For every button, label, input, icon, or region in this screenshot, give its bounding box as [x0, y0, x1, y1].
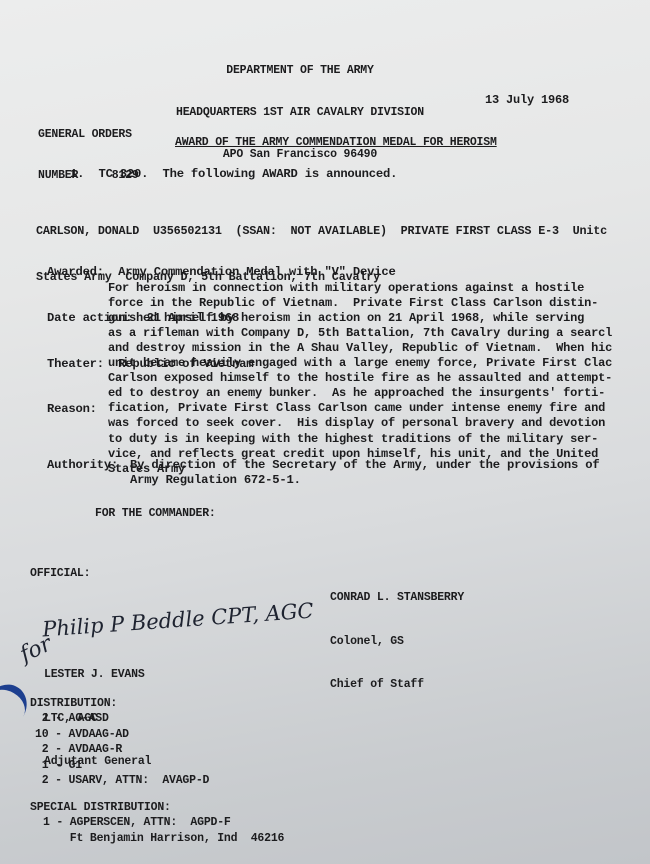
distribution-item: 10 - AVDAAG-AD [35, 727, 209, 743]
commander-name: CONRAD L. STANSBERRY [330, 591, 464, 606]
reason-line: as a rifleman with Company D, 5th Battal… [108, 326, 612, 341]
special-distribution-label: SPECIAL DISTRIBUTION: [30, 800, 171, 815]
awarded-label: Awarded: [47, 265, 104, 279]
reason-line: to duty is in keeping with the highest t… [108, 432, 612, 447]
distribution-item: 2 - AG-ASD [35, 711, 209, 727]
handwritten-signature: Philip P Beddle CPT, AGC [41, 599, 314, 642]
special-distribution-item: 1 - AGPERSCEN, ATTN: AGPD-F [43, 815, 284, 831]
commander-position: Chief of Staff [330, 678, 464, 693]
reason-line: guished himself by heroism in action on … [108, 311, 612, 326]
authority-line: Army Regulation 672-5-1. [130, 473, 600, 488]
paragraph-1: 1. TC 320. The following AWARD is announ… [70, 167, 397, 182]
reason-line: fication, Private First Class Carlson ca… [108, 401, 612, 416]
authority-line: By direction of the Secretary of the Arm… [130, 458, 600, 473]
reason-line: ed to destroy an enemy bunker. As he app… [108, 386, 612, 401]
awarded-row: Awarded: Army Commendation Medal with "V… [47, 265, 396, 280]
reason-line: was forced to seek cover. His display of… [108, 416, 612, 431]
document-page: DEPARTMENT OF THE ARMY HEADQUARTERS 1ST … [0, 0, 650, 864]
distribution-list: 2 - AG-ASD10 - AVDAAG-AD 2 - AVDAAG-R 1 … [35, 711, 209, 789]
reason-line: For heroism in connection with military … [108, 281, 612, 296]
order-date: 13 July 1968 [485, 93, 569, 108]
authority-label: Authority: [47, 458, 118, 473]
for-the-commander: FOR THE COMMANDER: [95, 506, 216, 521]
special-distribution-list: 1 - AGPERSCEN, ATTN: AGPD-F Ft Benjamin … [43, 815, 284, 847]
reason-text: For heroism in connection with military … [108, 281, 612, 477]
reason-line: unit became heavily engaged with a large… [108, 356, 612, 371]
letterhead-department: DEPARTMENT OF THE ARMY [150, 64, 450, 78]
commander-block: CONRAD L. STANSBERRY Colonel, GS Chief o… [330, 562, 464, 722]
official-label: OFFICIAL: [30, 566, 90, 581]
special-distribution-item: Ft Benjamin Harrison, Ind 46216 [43, 831, 284, 847]
distribution-item: 2 - AVDAAG-R [35, 742, 209, 758]
authority-text: By direction of the Secretary of the Arm… [130, 458, 600, 488]
distribution-item: 2 - USARV, ATTN: AVAGP-D [35, 773, 209, 789]
document-title: AWARD OF THE ARMY COMMENDATION MEDAL FOR… [175, 135, 497, 150]
reason-line: and destroy mission in the A Shau Valley… [108, 341, 612, 356]
general-orders-label: GENERAL ORDERS [38, 128, 139, 142]
theater-label: Theater: [47, 357, 104, 371]
reason-line: Carlson exposed himself to the hostile f… [108, 371, 612, 386]
commander-rank: Colonel, GS [330, 635, 464, 650]
distribution-item: 1 - G1 [35, 758, 209, 774]
letterhead-headquarters: HEADQUARTERS 1ST AIR CAVALRY DIVISION [150, 106, 450, 120]
adjutant-name: LESTER J. EVANS [44, 668, 151, 683]
distribution-label: DISTRIBUTION: [30, 696, 117, 711]
reason-line: force in the Republic of Vietnam. Privat… [108, 296, 612, 311]
awarded-value: Army Commendation Medal with "V" Device [118, 265, 395, 279]
